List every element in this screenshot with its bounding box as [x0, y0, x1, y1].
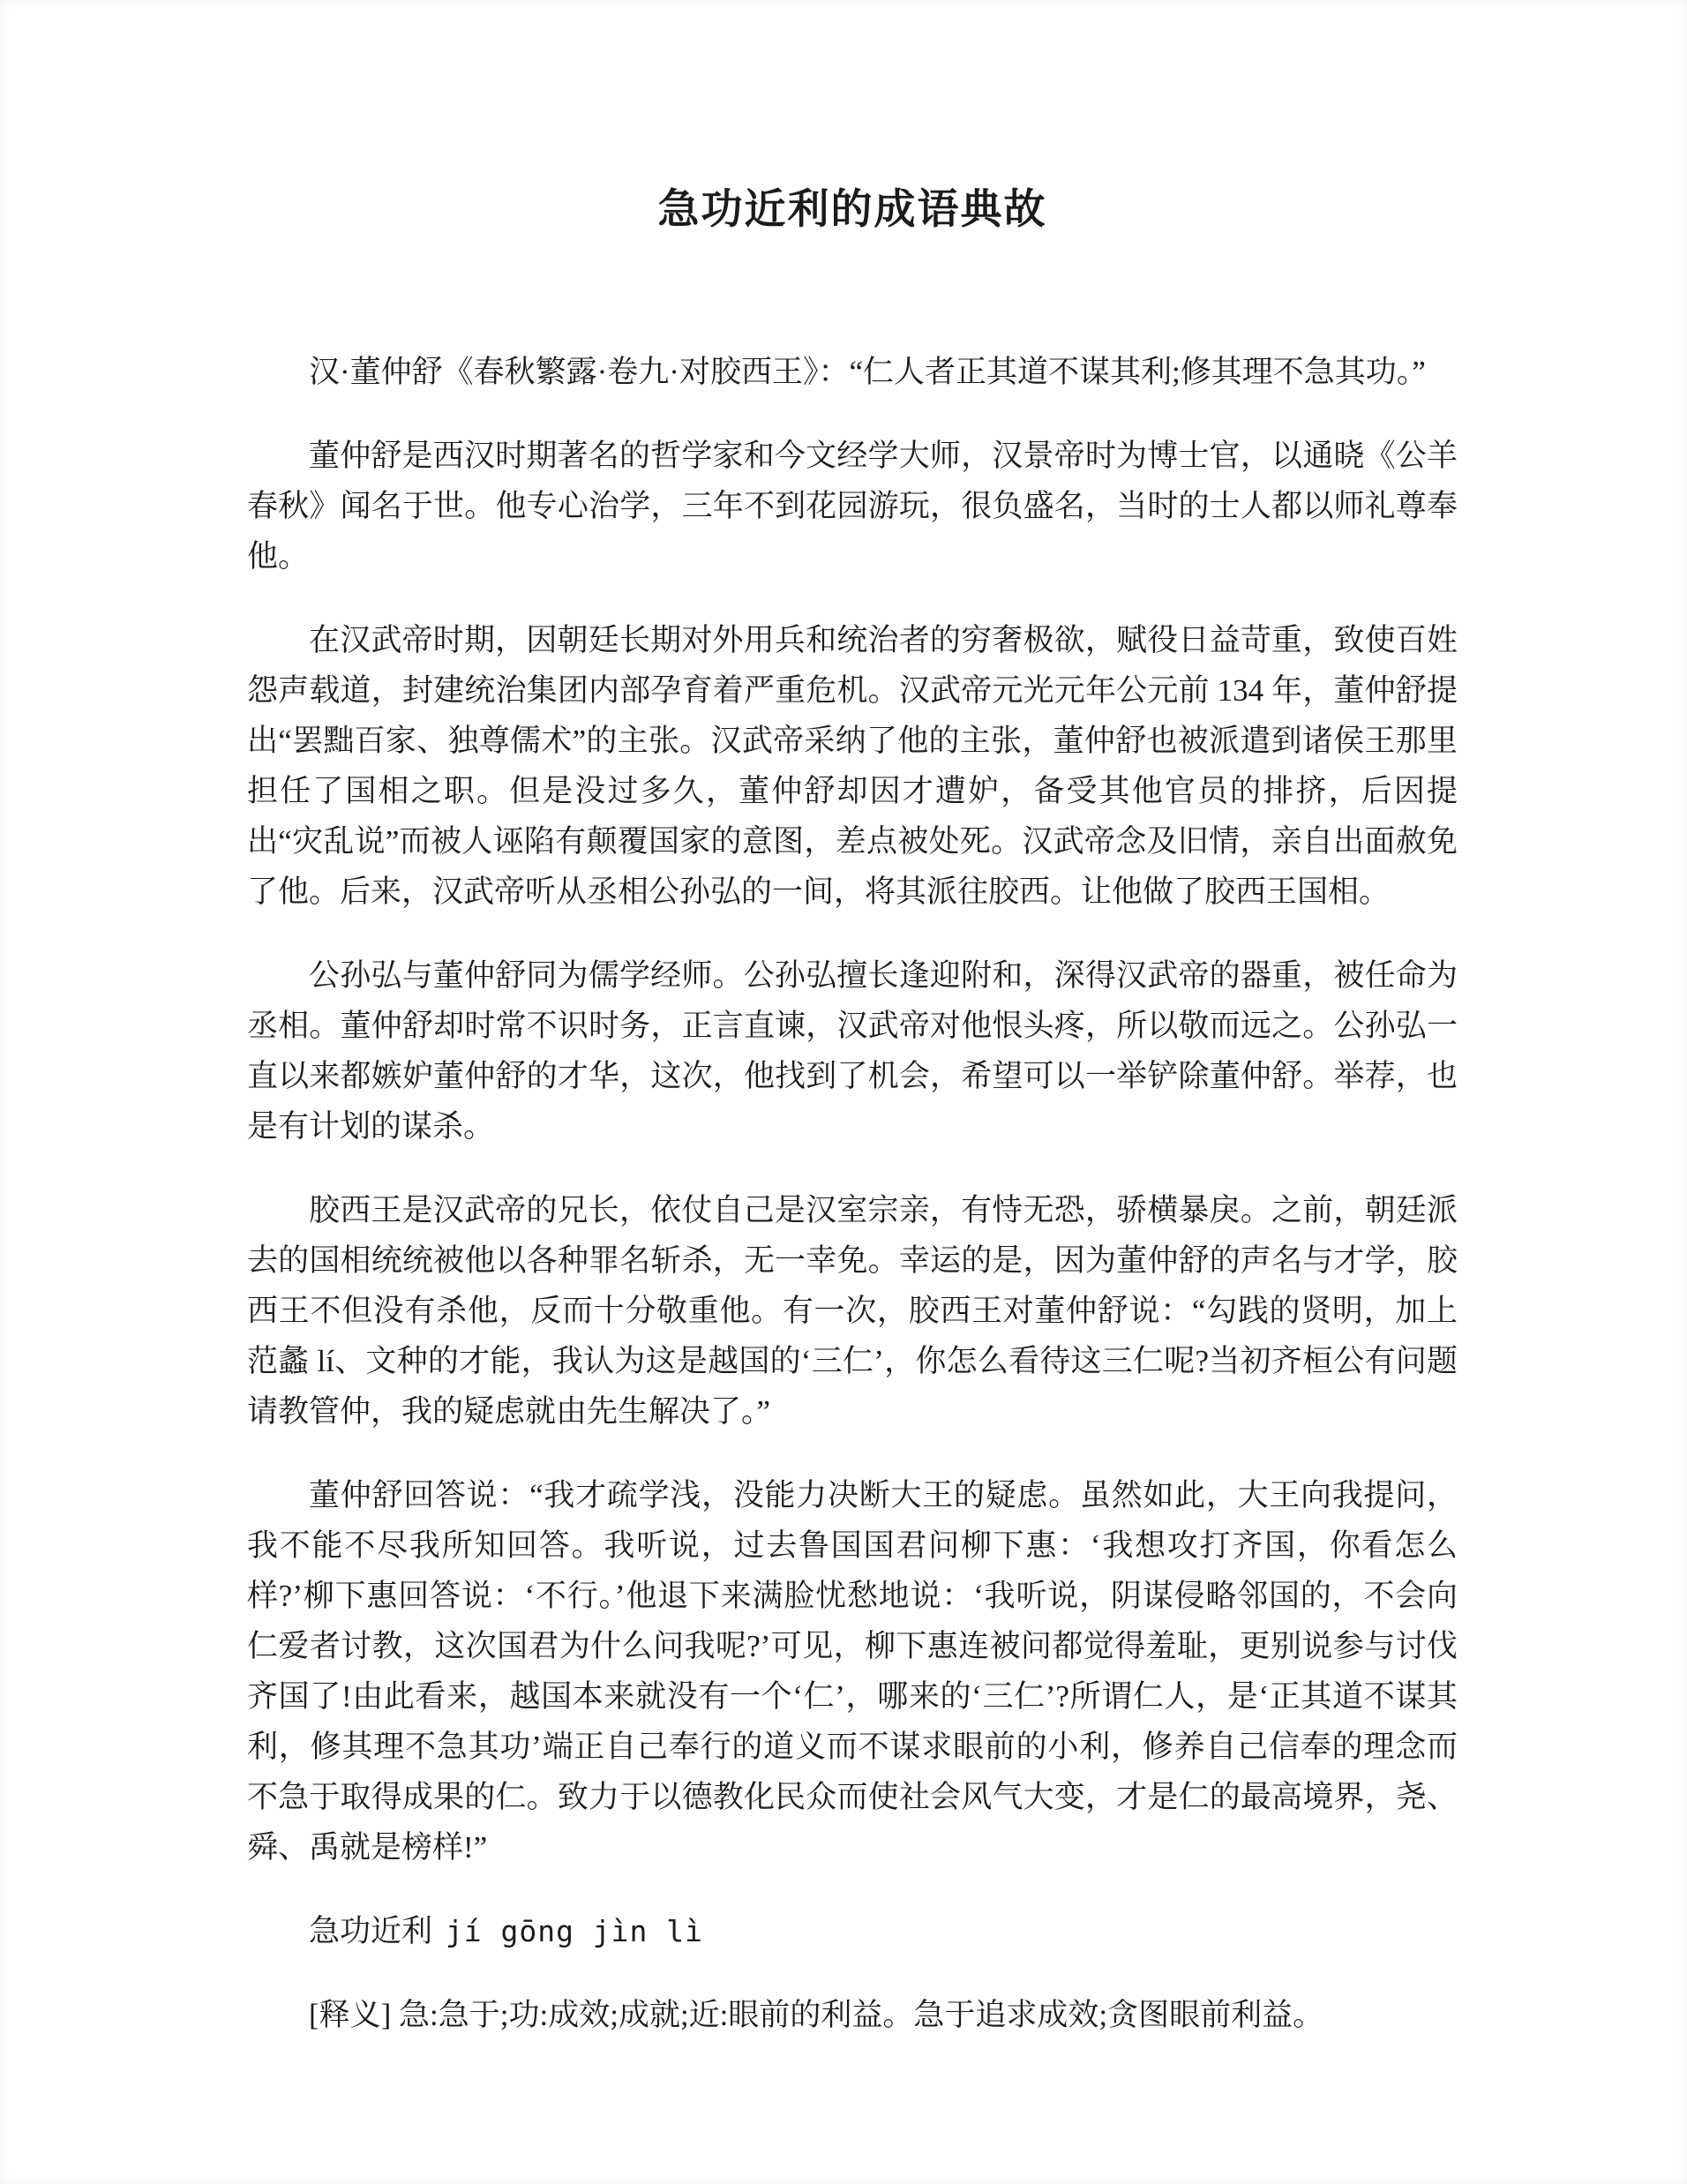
paragraph-gongsun-hong: 公孙弘与董仲舒同为儒学经师。公孙弘擅长逢迎附和，深得汉武帝的器重，被任命为丞相。… [247, 950, 1458, 1152]
paragraph-dong-zhongshu-intro: 董仲舒是西汉时期著名的哲学家和今文经学大师，汉景帝时为博士官，以通晓《公羊春秋》… [247, 431, 1458, 582]
paragraph-dong-reply: 董仲舒回答说：“我才疏学浅，没能力决断大王的疑虑。虽然如此，大王向我提问，我不能… [247, 1470, 1458, 1873]
paragraph-han-wudi-era: 在汉武帝时期，因朝廷长期对外用兵和统治者的穷奢极欲，赋役日益苛重，致使百姓怨声载… [247, 615, 1458, 917]
idiom-pinyin: jí gōng jìn lì [446, 1914, 703, 1948]
definition-line: [释义] 急:急于;功:成效;成就;近:眼前的利益。急于追求成效;贪图眼前利益。 [247, 1990, 1458, 2040]
idiom-pinyin-line: 急功近利jí gōng jìn lì [247, 1906, 1458, 1956]
page-title: 急功近利的成语典故 [247, 176, 1458, 236]
idiom-word: 急功近利 [309, 1914, 432, 1948]
paragraph-jiaoxi-king: 胶西王是汉武帝的兄长，依仗自己是汉室宗亲，有恃无恐，骄横暴戾。之前，朝廷派去的国… [247, 1185, 1458, 1437]
document-page: 急功近利的成语典故 汉·董仲舒《春秋繁露·卷九·对胶西王》：“仁人者正其道不谋其… [0, 0, 1687, 2184]
paragraph-source-quote: 汉·董仲舒《春秋繁露·卷九·对胶西王》：“仁人者正其道不谋其利;修其理不急其功。… [247, 347, 1458, 397]
